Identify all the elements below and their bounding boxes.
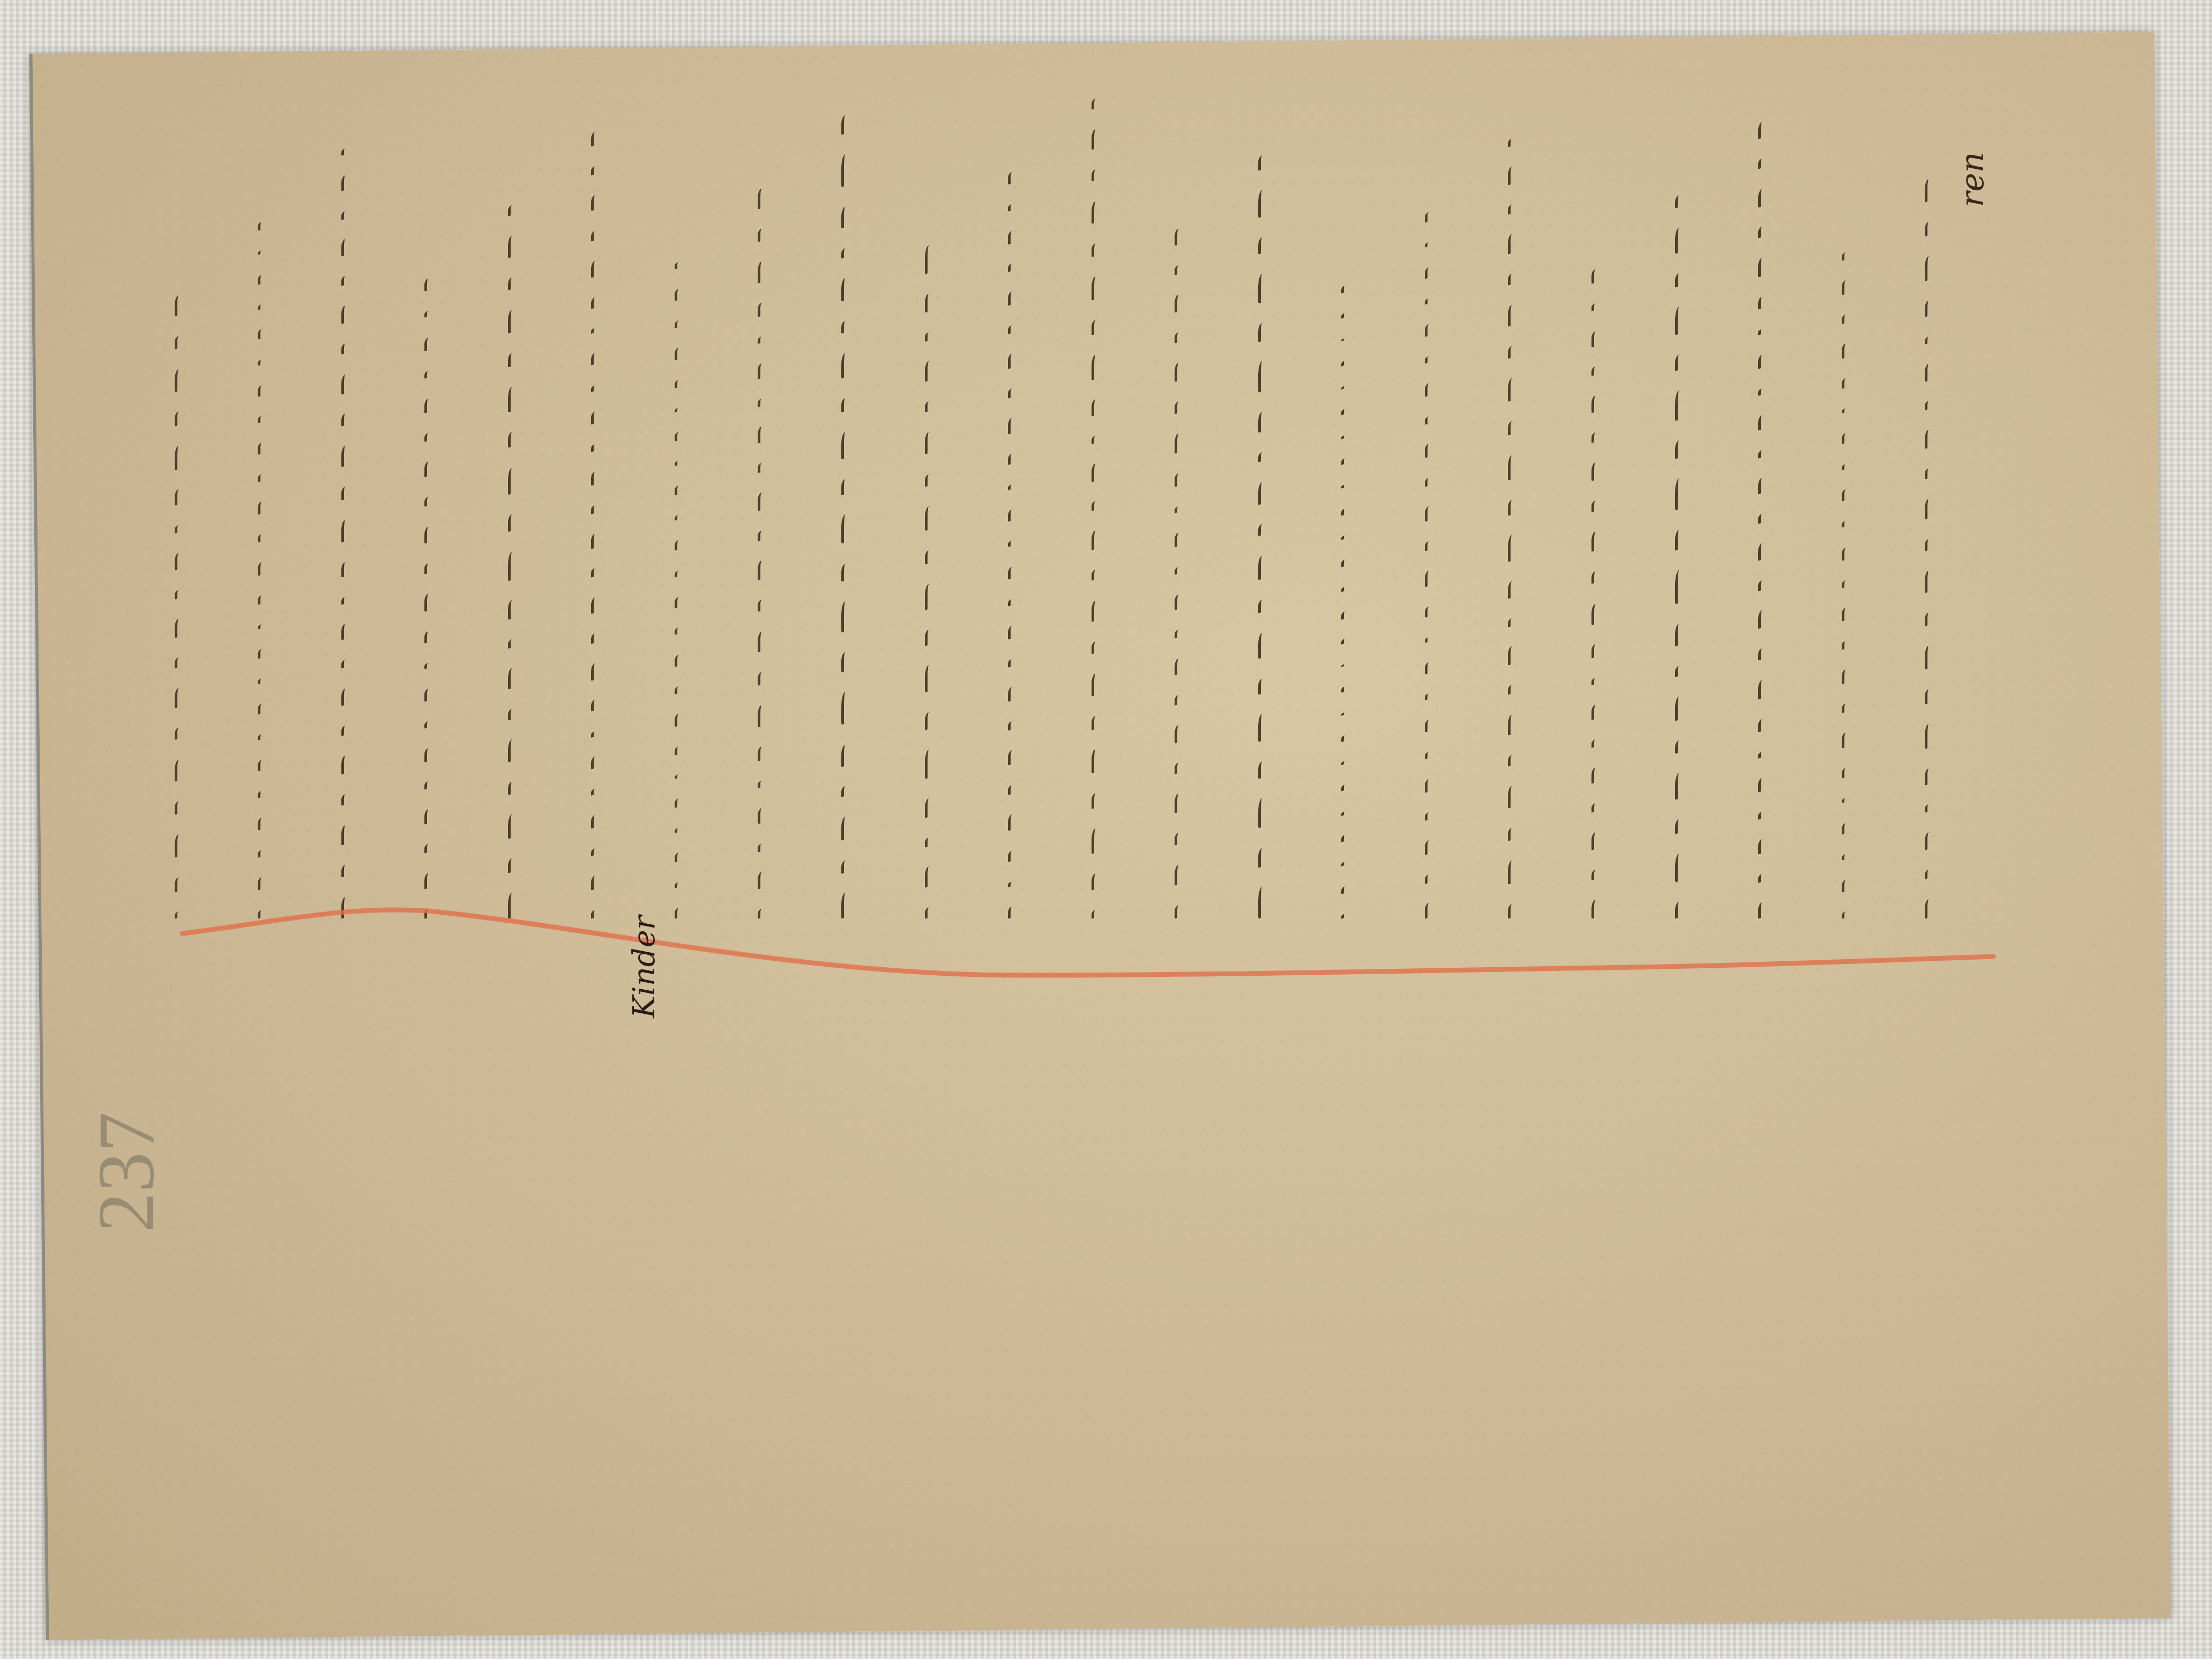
- ink-stroke: [1508, 203, 1518, 215]
- ink-stroke: [841, 599, 851, 633]
- ink-stroke: [341, 173, 352, 192]
- ink-stroke: [341, 791, 352, 805]
- ink-stroke: [675, 260, 685, 270]
- ink-stroke: [258, 302, 268, 310]
- ink-stroke: [1341, 833, 1351, 842]
- ink-stroke: [1092, 434, 1102, 444]
- handwritten-line: [1411, 212, 1448, 938]
- ink-stroke: [758, 870, 768, 890]
- ink-stroke: [758, 186, 768, 210]
- ink-stroke: [1092, 747, 1102, 774]
- ink-stroke: [925, 548, 935, 565]
- ink-stroke: [1508, 579, 1518, 599]
- ink-stroke: [675, 346, 685, 361]
- ink-stroke: [591, 846, 601, 856]
- ink-stroke: [1175, 399, 1185, 414]
- ink-stroke: [1758, 476, 1768, 495]
- ink-stroke: [1092, 353, 1102, 380]
- ink-stroke: [424, 369, 435, 379]
- ink-stroke: [1508, 303, 1518, 327]
- ink-stroke: [1092, 241, 1102, 257]
- ink-stroke: [341, 412, 352, 427]
- ink-stroke: [1008, 323, 1018, 334]
- ink-stroke: [758, 259, 768, 283]
- ink-stroke: [1175, 903, 1185, 919]
- ink-stroke: [1258, 153, 1268, 171]
- ink-stroke: [175, 523, 185, 534]
- ink-stroke: [1591, 498, 1602, 512]
- ink-stroke: [175, 832, 185, 858]
- ink-stroke: [1258, 359, 1268, 393]
- ink-stroke: [1258, 450, 1268, 462]
- ink-stroke: [1092, 639, 1102, 654]
- ink-stroke: [1591, 329, 1602, 348]
- catchword: ren: [1954, 152, 1991, 207]
- ink-stroke: [508, 308, 518, 334]
- ink-stroke: [1008, 229, 1018, 245]
- ink-stroke: [1758, 836, 1768, 854]
- ink-stroke: [1842, 730, 1852, 749]
- ink-stroke: [1008, 783, 1018, 796]
- ink-stroke: [1341, 585, 1351, 592]
- ink-stroke: [675, 538, 685, 551]
- ink-stroke: [1675, 817, 1685, 835]
- ink-stroke: [341, 753, 352, 775]
- handwritten-line: [1244, 155, 1282, 938]
- ink-stroke: [1341, 506, 1351, 516]
- ink-stroke: [175, 367, 185, 392]
- ink-stroke: [591, 383, 601, 392]
- ink-stroke: [1758, 512, 1768, 524]
- ink-stroke: [1425, 901, 1435, 919]
- ink-stroke: [1508, 344, 1518, 360]
- ink-stroke: [675, 744, 685, 756]
- ink-stroke: [1591, 868, 1602, 881]
- ink-stroke: [758, 806, 768, 825]
- ink-stroke: [675, 712, 685, 727]
- ink-stroke: [175, 617, 185, 638]
- ink-stroke: [675, 459, 685, 466]
- ink-stroke: [1175, 863, 1185, 886]
- ink-stroke: [1341, 911, 1351, 919]
- ink-stroke: [841, 319, 851, 334]
- ink-stroke: [1758, 776, 1768, 793]
- handwritten-line: [327, 148, 365, 938]
- ink-stroke: [925, 330, 935, 342]
- ink-stroke: [1508, 533, 1518, 562]
- ink-stroke: [841, 784, 851, 797]
- ink-stroke: [1341, 407, 1351, 415]
- ink-stroke: [508, 512, 518, 533]
- ink-stroke: [1591, 569, 1602, 585]
- ink-stroke: [1675, 476, 1685, 511]
- ink-stroke: [1341, 860, 1351, 867]
- ink-stroke: [925, 627, 935, 646]
- ink-stroke: [1508, 497, 1518, 515]
- ink-stroke: [1175, 471, 1185, 487]
- ink-stroke: [1425, 838, 1435, 855]
- ink-stroke: [758, 301, 768, 318]
- ink-stroke: [1842, 667, 1852, 684]
- ink-stroke: [1925, 254, 1935, 281]
- ink-stroke: [1008, 507, 1018, 522]
- margin-note: Kinder: [627, 915, 662, 1018]
- ink-stroke: [1258, 712, 1268, 742]
- ink-stroke: [1758, 900, 1768, 919]
- ink-stroke: [925, 359, 935, 382]
- ink-stroke: [841, 351, 851, 379]
- ink-stroke: [758, 227, 768, 242]
- ink-stroke: [175, 409, 185, 427]
- handwritten-line: [244, 221, 282, 938]
- ink-stroke: [1508, 376, 1518, 402]
- ink-stroke: [508, 234, 518, 258]
- ink-stroke: [1341, 662, 1351, 667]
- ink-stroke: [925, 748, 935, 779]
- ink-stroke: [1758, 225, 1768, 238]
- ink-stroke: [1092, 318, 1102, 335]
- ink-stroke: [591, 631, 601, 644]
- ink-stroke: [1341, 684, 1351, 693]
- ink-stroke: [508, 637, 518, 649]
- ink-stroke: [1842, 639, 1852, 650]
- ink-stroke: [1508, 453, 1518, 481]
- ink-stroke: [1508, 683, 1518, 696]
- ink-stroke: [1925, 177, 1935, 203]
- ink-stroke: [1842, 796, 1852, 804]
- ink-stroke: [1341, 557, 1351, 567]
- ink-stroke: [1175, 760, 1185, 774]
- ink-stroke: [424, 335, 435, 352]
- ink-stroke: [1925, 897, 1935, 919]
- handwritten-line: [161, 295, 198, 938]
- handwritten-line: [1745, 122, 1782, 938]
- ink-stroke: [1842, 461, 1852, 470]
- ink-stroke: [1092, 397, 1102, 416]
- ink-stroke: [1175, 693, 1185, 706]
- ink-stroke: [1092, 826, 1102, 855]
- ink-stroke: [1008, 289, 1018, 306]
- ink-stroke: [925, 663, 935, 693]
- ink-stroke: [1758, 810, 1768, 820]
- ink-stroke: [1008, 748, 1018, 766]
- ink-stroke: [1925, 298, 1935, 317]
- ink-stroke: [508, 812, 518, 839]
- handwritten-line: [827, 115, 865, 938]
- ink-stroke: [424, 561, 435, 574]
- ink-stroke: [424, 871, 435, 890]
- ink-stroke: [758, 703, 768, 728]
- ink-stroke: [1925, 569, 1935, 593]
- ink-stroke: [508, 707, 518, 721]
- ink-stroke: [258, 647, 268, 659]
- ink-stroke: [841, 113, 851, 135]
- ink-stroke: [424, 807, 435, 825]
- ink-stroke: [841, 742, 851, 767]
- ink-stroke: [1341, 609, 1351, 620]
- ink-stroke: [508, 856, 518, 873]
- handwritten-line: [1494, 138, 1532, 938]
- ink-stroke: [258, 440, 268, 455]
- ink-stroke: [175, 799, 185, 815]
- ink-stroke: [1842, 701, 1852, 714]
- handwritten-line: [1828, 252, 1865, 938]
- ink-stroke: [1341, 533, 1351, 540]
- ink-stroke: [1425, 322, 1435, 337]
- ink-stroke: [1591, 393, 1602, 413]
- ink-stroke: [175, 551, 185, 571]
- ink-stroke: [675, 652, 685, 667]
- ink-stroke: [1842, 250, 1852, 261]
- ink-stroke: [1092, 713, 1102, 730]
- ink-stroke: [1758, 750, 1768, 759]
- ink-stroke: [1675, 528, 1685, 551]
- ink-stroke: [175, 655, 185, 669]
- handwritten-line: [411, 278, 449, 938]
- ink-stroke: [675, 287, 685, 301]
- ink-stroke: [758, 424, 768, 444]
- ink-stroke: [1092, 671, 1102, 697]
- ink-stroke: [1092, 199, 1102, 223]
- ink-stroke: [1425, 539, 1435, 551]
- ink-stroke: [341, 274, 352, 286]
- ink-stroke: [258, 273, 268, 285]
- ink-stroke: [1925, 868, 1935, 880]
- handwritten-line: [1911, 178, 1949, 938]
- ink-stroke: [1591, 830, 1602, 850]
- ink-stroke: [841, 650, 851, 672]
- ink-stroke: [175, 444, 185, 470]
- ink-stroke: [675, 569, 685, 578]
- ink-stroke: [1675, 193, 1685, 208]
- ink-stroke: [1675, 664, 1685, 677]
- ink-stroke: [1508, 232, 1518, 255]
- ink-stroke: [1341, 336, 1351, 341]
- ink-stroke: [1591, 364, 1602, 376]
- ink-stroke: [841, 512, 851, 544]
- ink-stroke: [424, 906, 435, 919]
- ink-stroke: [1008, 352, 1018, 369]
- ink-stroke: [1675, 438, 1685, 459]
- ink-stroke: [1508, 644, 1518, 666]
- ink-stroke: [424, 592, 435, 612]
- ink-stroke: [1842, 406, 1852, 414]
- ink-stroke: [841, 152, 851, 188]
- ink-stroke: [925, 504, 935, 531]
- ink-stroke: [675, 826, 685, 834]
- ink-stroke: [591, 229, 601, 242]
- ink-stroke: [1675, 271, 1685, 288]
- ink-stroke: [1925, 497, 1935, 520]
- ink-stroke: [508, 275, 518, 290]
- ink-stroke: [175, 726, 185, 741]
- ink-stroke: [1175, 263, 1185, 275]
- ink-stroke: [758, 461, 768, 473]
- ink-stroke: [1925, 466, 1935, 480]
- ink-stroke: [341, 237, 352, 257]
- ink-stroke: [1508, 616, 1518, 627]
- ink-stroke: [258, 357, 268, 366]
- ink-stroke: [591, 295, 601, 309]
- ink-stroke: [758, 397, 768, 407]
- ink-stroke: [1758, 327, 1768, 335]
- ink-stroke: [1092, 567, 1102, 581]
- ink-stroke: [258, 789, 268, 798]
- ink-stroke: [1758, 678, 1768, 700]
- ink-stroke: [591, 698, 601, 712]
- ink-stroke: [925, 864, 935, 888]
- ink-stroke: [1008, 416, 1018, 435]
- ink-stroke: [1175, 361, 1185, 382]
- ink-stroke: [424, 524, 435, 543]
- ink-stroke: [1008, 452, 1018, 465]
- ink-stroke: [508, 666, 518, 690]
- ink-stroke: [758, 779, 768, 789]
- ink-stroke: [1675, 771, 1685, 799]
- ink-stroke: [1508, 165, 1518, 186]
- ink-stroke: [424, 842, 435, 854]
- ink-stroke: [341, 823, 352, 846]
- ink-stroke: [1758, 646, 1768, 661]
- ink-stroke: [1258, 188, 1268, 218]
- ink-stroke: [424, 495, 435, 507]
- ink-stroke: [1008, 905, 1018, 919]
- ink-stroke: [1008, 812, 1018, 831]
- ink-stroke: [1092, 167, 1102, 182]
- ink-stroke: [591, 566, 601, 578]
- ink-stroke: [1675, 388, 1685, 421]
- ink-stroke: [258, 701, 268, 715]
- ink-stroke: [1258, 235, 1268, 255]
- ink-stroke: [341, 208, 352, 220]
- ink-stroke: [1842, 312, 1852, 324]
- ink-stroke: [1591, 267, 1602, 285]
- ink-stroke: [1175, 293, 1185, 313]
- ink-stroke: [1258, 522, 1268, 536]
- ink-stroke: [1842, 487, 1852, 502]
- ink-stroke: [1341, 384, 1351, 390]
- ink-stroke: [1675, 568, 1685, 604]
- ink-stroke: [1925, 687, 1935, 705]
- ink-stroke: [1425, 381, 1435, 397]
- ink-stroke: [1591, 898, 1602, 919]
- ink-stroke: [424, 779, 435, 790]
- ink-stroke: [1591, 430, 1602, 443]
- ink-stroke: [1758, 295, 1768, 310]
- ink-stroke: [1842, 431, 1852, 445]
- ink-stroke: [1758, 608, 1768, 629]
- ink-stroke: [591, 908, 601, 919]
- ink-stroke: [258, 848, 268, 858]
- ink-stroke: [675, 684, 685, 695]
- ink-stroke: [758, 907, 768, 919]
- ink-stroke: [675, 430, 685, 442]
- ink-stroke: [1758, 120, 1768, 140]
- ink-stroke: [508, 891, 518, 919]
- ink-stroke: [1175, 431, 1185, 454]
- ink-stroke: [258, 532, 268, 543]
- ink-stroke: [591, 130, 601, 147]
- ink-stroke: [1341, 710, 1351, 716]
- ink-stroke: [258, 220, 268, 231]
- ink-stroke: [1175, 530, 1185, 548]
- ink-stroke: [1842, 878, 1852, 893]
- ink-stroke: [175, 293, 185, 317]
- ink-stroke: [1092, 127, 1102, 151]
- ink-stroke: [675, 406, 685, 413]
- ink-stroke: [758, 334, 768, 344]
- ink-stroke: [675, 850, 685, 863]
- ink-stroke: [508, 385, 518, 413]
- handwritten-line: [1661, 195, 1699, 938]
- ink-stroke: [841, 690, 851, 726]
- ink-stroke: [675, 595, 685, 609]
- ink-stroke: [1758, 156, 1768, 169]
- ink-stroke: [258, 758, 268, 772]
- ink-stroke: [1425, 475, 1435, 487]
- ink-stroke: [1341, 759, 1351, 765]
- ink-stroke: [1925, 802, 1935, 813]
- ink-stroke: [591, 503, 601, 514]
- ink-stroke: [841, 430, 851, 460]
- ink-stroke: [591, 442, 601, 452]
- handwritten-line: [911, 245, 948, 938]
- ink-stroke: [1092, 791, 1102, 809]
- ink-stroke: [1175, 330, 1185, 343]
- ink-stroke: [1175, 656, 1185, 676]
- ink-stroke: [758, 490, 768, 511]
- ink-stroke: [258, 414, 268, 423]
- ink-stroke: [1341, 782, 1351, 792]
- ink-stroke: [675, 378, 685, 389]
- ink-stroke: [1425, 691, 1435, 700]
- ink-stroke: [1591, 601, 1602, 625]
- ink-stroke: [1258, 846, 1268, 868]
- ink-stroke: [1258, 597, 1268, 614]
- ink-stroke: [1425, 240, 1435, 248]
- handwritten-line: [578, 131, 615, 938]
- ink-stroke: [1591, 642, 1602, 659]
- ink-stroke: [341, 444, 352, 467]
- ink-stroke: [675, 483, 685, 496]
- ink-stroke: [1425, 660, 1435, 675]
- ink-stroke: [1591, 801, 1602, 813]
- ink-stroke: [1092, 871, 1102, 891]
- ink-stroke: [591, 661, 601, 681]
- ink-stroke: [508, 466, 518, 496]
- ink-stroke: [1842, 341, 1852, 360]
- ink-stroke: [1925, 721, 1935, 749]
- ink-stroke: [925, 835, 935, 847]
- handwritten-text-block: [161, 54, 2036, 938]
- ink-stroke: [1425, 265, 1435, 279]
- ink-stroke: [758, 744, 768, 761]
- ink-stroke: [1425, 210, 1435, 223]
- ink-stroke: [925, 292, 935, 313]
- ink-stroke: [591, 595, 601, 614]
- ink-stroke: [1341, 311, 1351, 319]
- ink-stroke: [1758, 717, 1768, 733]
- ink-stroke: [258, 875, 268, 891]
- ink-stroke: [758, 558, 768, 580]
- ink-stroke: [1258, 320, 1268, 342]
- ink-stroke: [591, 813, 601, 829]
- ink-stroke: [1925, 362, 1935, 382]
- ink-stroke: [1341, 482, 1351, 489]
- ink-stroke: [1258, 554, 1268, 580]
- ink-stroke: [508, 203, 518, 216]
- ink-stroke: [258, 327, 268, 340]
